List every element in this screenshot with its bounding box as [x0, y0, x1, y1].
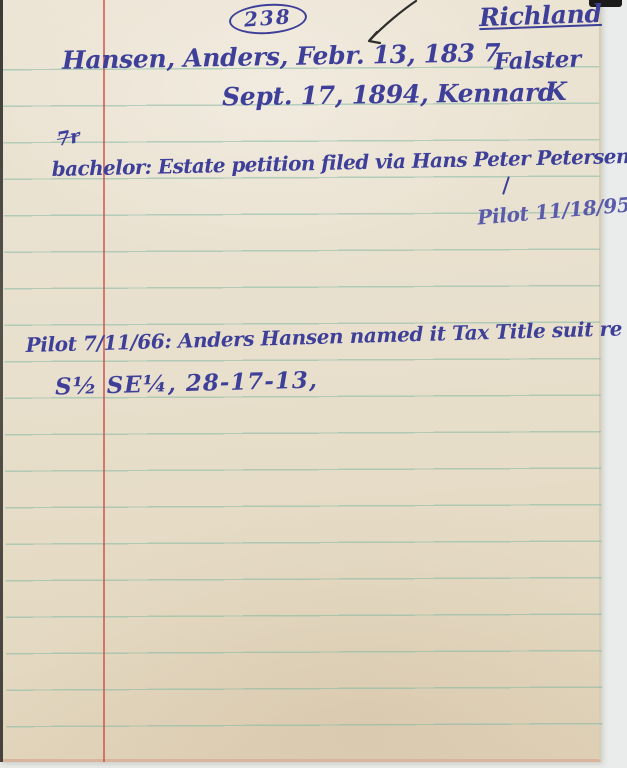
birthplace-label: Falster: [494, 45, 582, 75]
index-initial: K: [545, 77, 566, 106]
scan-edge-left: [0, 0, 3, 762]
death-date-and-place: Sept. 17, 1894, Kennard: [222, 78, 555, 112]
struck-out-mark: 7r: [55, 125, 81, 151]
township-label: Richland: [479, 0, 603, 32]
scanned-ledger-page: 238 Richland Hansen, Anders, Febr. 13, 1…: [0, 0, 627, 768]
